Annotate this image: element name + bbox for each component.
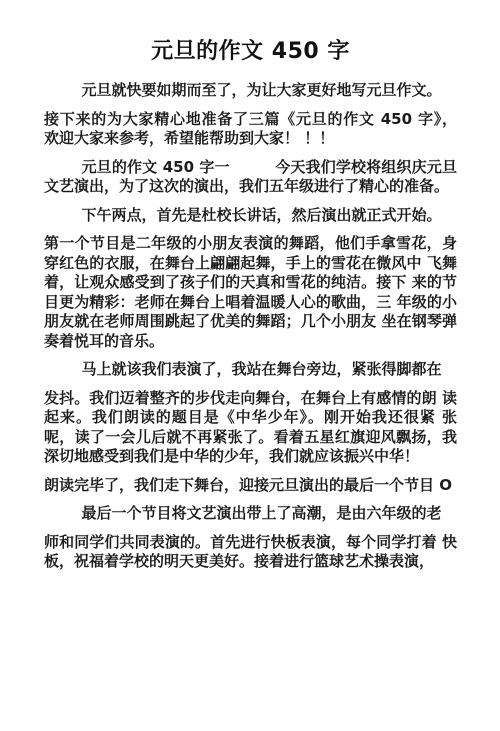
paragraph: 元旦的作文 450 字一 今天我们学校将组织庆元旦文艺演出，为了这次的演出，我们… <box>44 158 457 197</box>
paragraph: 下午两点，首先是杜校长讲话，然后演出就正式开始。 <box>44 206 457 226</box>
paragraph: 师和同学们共同表演的。首先进行快板表演，每个同学打着 快板，祝福着学校的明天更美… <box>44 533 457 572</box>
paragraph: 第一个节目是二年级的小朋友表演的舞蹈，他们手拿雪花，身穿红色的衣服，在舞台上翩翩… <box>44 234 457 351</box>
paragraph: 马上就该我们表演了，我站在舞台旁边，紧张得脚都在 <box>44 360 457 380</box>
paragraph: 发抖。我们迈着整齐的步伐走向舞台，在舞台上有感情的朗 读起来。我们朗读的题目是《… <box>44 389 457 467</box>
document-title: 元旦的作文 450 字 <box>44 37 457 66</box>
paragraph: 最后一个节目将文艺演出带上了高潮，是由六年级的老 <box>44 504 457 524</box>
paragraph: 朗读完毕了，我们走下舞台，迎接元旦演出的最后一个节目 O <box>44 476 457 496</box>
paragraph: 元旦就快要如期而至了，为让大家更好地写元旦作文。 <box>44 81 457 101</box>
document-page: 元旦的作文 450 字 元旦就快要如期而至了，为让大家更好地写元旦作文。接下来的… <box>0 0 500 731</box>
paragraph: 接下来的为大家精心地准备了三篇《元旦的作文 450 字》， 欢迎大家来参考，希望… <box>44 110 457 149</box>
document-body: 元旦就快要如期而至了，为让大家更好地写元旦作文。接下来的为大家精心地准备了三篇《… <box>44 81 457 572</box>
